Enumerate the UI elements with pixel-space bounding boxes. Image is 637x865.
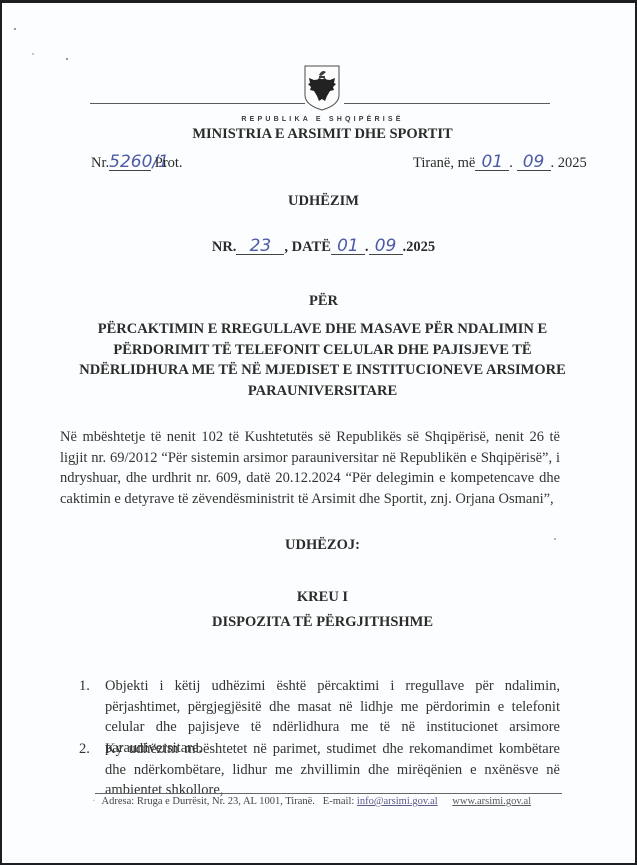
footer-address: Adresa: Rruga e Durrësit, Nr. 23, AL 100… bbox=[102, 796, 315, 807]
republic-label: REPUBLIKA E SHQIPËRISË bbox=[2, 116, 635, 123]
instruction-day: 01 bbox=[331, 239, 365, 255]
nr-label: Nr. bbox=[91, 155, 109, 171]
email-label: E-mail: bbox=[323, 796, 355, 807]
subject-heading: PËRCAKTIMIN E RREGULLAVE DHE MASAVE PËR … bbox=[2, 319, 635, 401]
website-link[interactable]: www.arsimi.gov.al bbox=[452, 796, 531, 807]
scan-speck bbox=[14, 28, 16, 30]
date-day: 01 bbox=[475, 155, 509, 171]
instruction-number-date: NR.23, DATË01.09.2025 bbox=[2, 239, 635, 256]
email-link[interactable]: info@arsimi.gov.al bbox=[357, 796, 438, 807]
subject-line: PËRCAKTIMIN E RREGULLAVE DHE MASAVE PËR … bbox=[10, 319, 635, 340]
per-heading: PËR bbox=[2, 293, 635, 310]
document-type: UDHËZIM bbox=[2, 193, 635, 210]
prot-label: Prot. bbox=[155, 155, 183, 171]
article-text: Ky udhëzim mbështetet në parimet, studim… bbox=[105, 739, 560, 801]
scan-speck bbox=[32, 53, 34, 55]
footer-rule bbox=[95, 793, 562, 794]
protocol-number: Nr.5260/1 Prot. bbox=[91, 155, 183, 172]
protocol-number-value: 5260/1 bbox=[109, 155, 151, 171]
place-label: Tiranë, më bbox=[413, 155, 475, 171]
date-label: , DATË bbox=[284, 239, 330, 255]
place-date: Tiranë, më01. 09. 2025 bbox=[413, 155, 587, 172]
header-rule-left bbox=[90, 103, 305, 104]
header-rule-right bbox=[344, 103, 550, 104]
footer-contact: · Adresa: Rruga e Durrësit, Nr. 23, AL 1… bbox=[92, 796, 531, 807]
date-month: 09 bbox=[517, 155, 551, 171]
document-page: REPUBLIKA E SHQIPËRISË MINISTRIA E ARSIM… bbox=[2, 3, 635, 863]
subject-line: NDËRLIDHURA ME TË NË MJEDISET E INSTITUC… bbox=[10, 360, 635, 381]
directive-heading: UDHËZOJ: bbox=[2, 537, 635, 554]
instruction-number: 23 bbox=[236, 239, 284, 255]
subject-line: PARAUNIVERSITARE bbox=[10, 381, 635, 402]
instruction-month: 09 bbox=[369, 239, 403, 255]
article-number: 2. bbox=[79, 739, 90, 760]
chapter-title: KREU I bbox=[2, 589, 635, 606]
date-year: . 2025 bbox=[551, 155, 587, 171]
ministry-name: MINISTRIA E ARSIMIT DHE SPORTIT bbox=[2, 126, 635, 143]
article-number: 1. bbox=[79, 676, 90, 697]
subject-line: PËRDORIMIT TË TELEFONIT CELULAR DHE PAJI… bbox=[10, 340, 635, 361]
article-item: 2. Ky udhëzim mbështetet në parimet, stu… bbox=[79, 739, 560, 801]
albanian-eagle-coat-of-arms-icon bbox=[304, 65, 340, 111]
chapter-subtitle: DISPOZITA TË PËRGJITHSHME bbox=[2, 614, 635, 631]
scan-speck bbox=[66, 58, 68, 60]
preamble-paragraph: Në mbështetje të nenit 102 të Kushtetutë… bbox=[60, 427, 560, 509]
instruction-year: .2025 bbox=[403, 239, 436, 255]
nr-label: NR. bbox=[212, 239, 237, 255]
